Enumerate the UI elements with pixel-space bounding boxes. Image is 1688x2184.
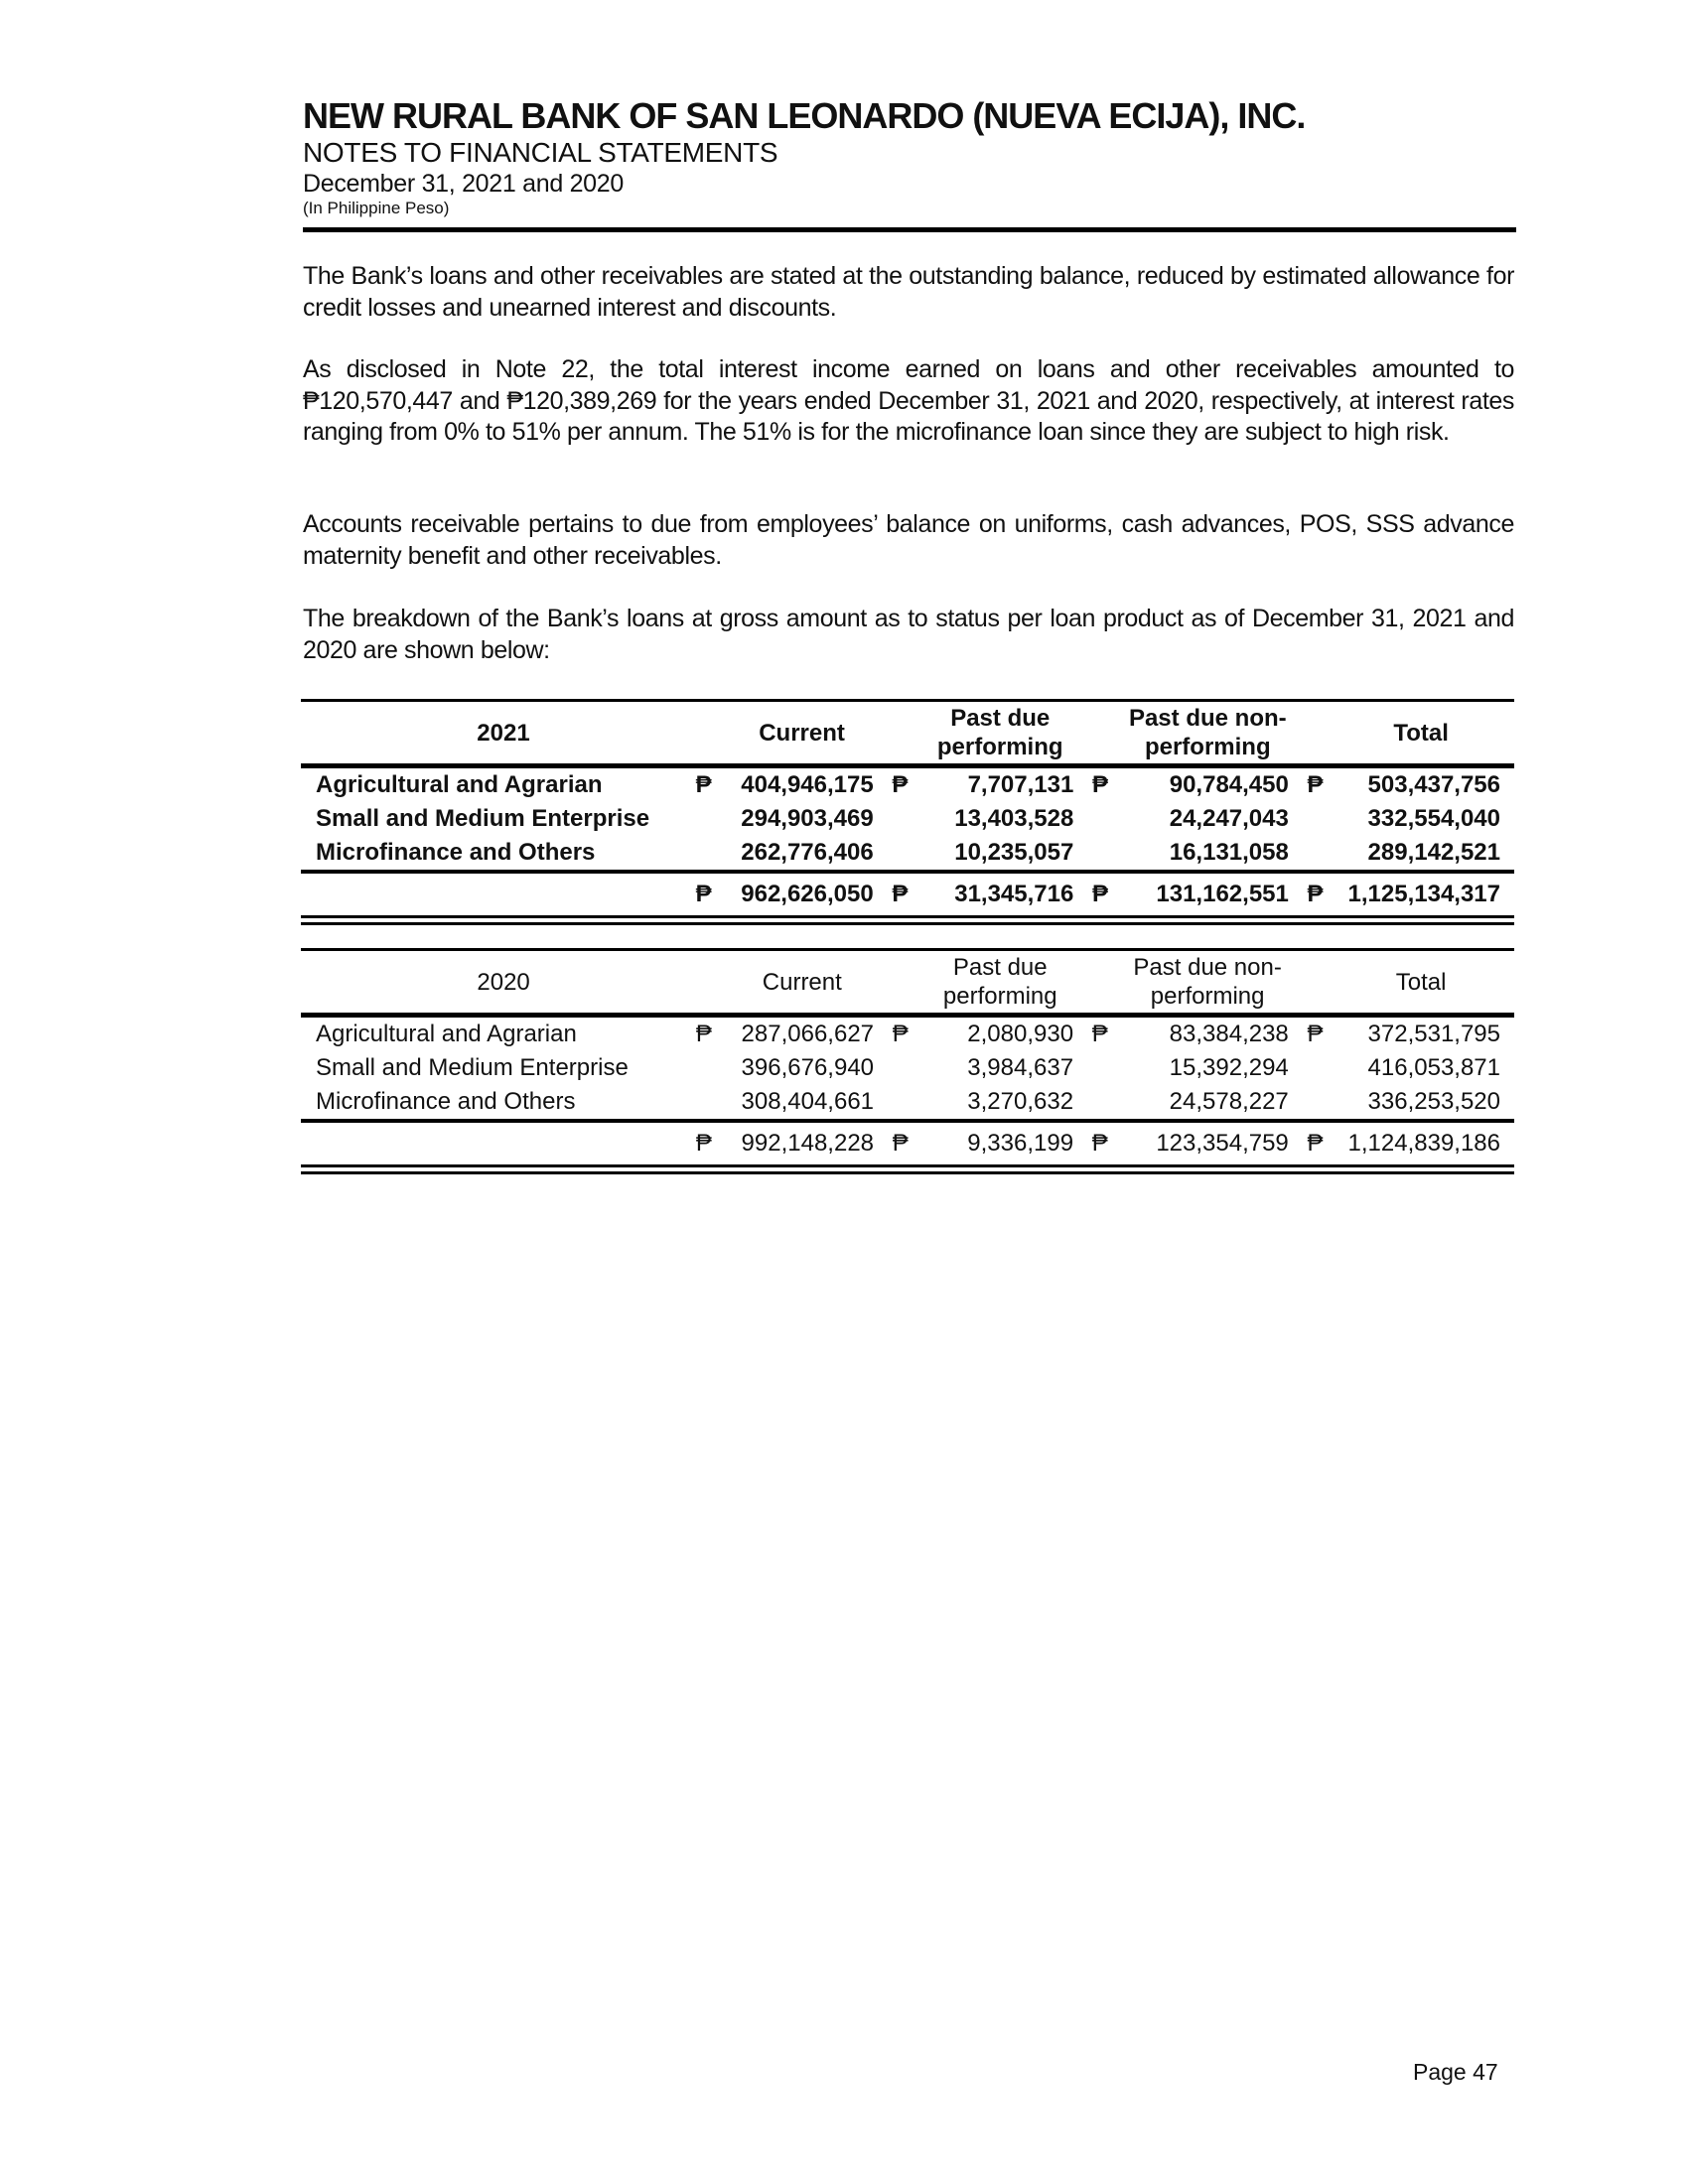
amount-cell: 503,437,756 (1328, 766, 1514, 803)
row-label: Microfinance and Others (301, 1085, 691, 1121)
loans-table-2020: 2020CurrentPast dueperformingPast due no… (301, 948, 1514, 1174)
amount-cell: 16,131,058 (1113, 836, 1303, 872)
amount-cell: 15,392,294 (1112, 1051, 1302, 1085)
header-divider (303, 227, 1516, 232)
currency-symbol: ₱ (691, 1121, 716, 1169)
currency-symbol (1303, 802, 1328, 836)
amount-cell: 24,578,227 (1112, 1085, 1302, 1121)
total-cell: 1,124,839,186 (1328, 1121, 1514, 1169)
page-number: Page 47 (1413, 2059, 1498, 2086)
row-label: Agricultural and Agrarian (301, 1016, 691, 1052)
currency-note: (In Philippine Peso) (303, 199, 1514, 218)
paragraph-accounts-receivable: Accounts receivable pertains to due from… (303, 509, 1514, 572)
paragraph-breakdown-intro: The breakdown of the Bank’s loans at gro… (303, 604, 1514, 666)
amount-cell: 294,903,469 (716, 802, 887, 836)
column-header: Total (1328, 701, 1514, 766)
table-row: Agricultural and Agrarian₱287,066,627₱2,… (301, 1016, 1514, 1052)
table-row: Microfinance and Others262,776,40610,235… (301, 836, 1514, 872)
currency-symbol: ₱ (1303, 872, 1328, 920)
amount-cell: 3,270,632 (913, 1085, 1087, 1121)
table-row: Microfinance and Others308,404,6613,270,… (301, 1085, 1514, 1121)
table-header-row: 2020CurrentPast dueperformingPast due no… (301, 950, 1514, 1016)
row-label: Small and Medium Enterprise (301, 1051, 691, 1085)
company-name: NEW RURAL BANK OF SAN LEONARDO (NUEVA EC… (303, 95, 1514, 137)
total-cell: 123,354,759 (1112, 1121, 1302, 1169)
currency-symbol (888, 1051, 913, 1085)
amount-cell: 289,142,521 (1328, 836, 1514, 872)
amount-cell: 262,776,406 (716, 836, 887, 872)
total-cell: 962,626,050 (716, 872, 887, 920)
table-row: Small and Medium Enterprise396,676,9403,… (301, 1051, 1514, 1085)
currency-symbol: ₱ (1087, 872, 1112, 920)
amount-cell: 24,247,043 (1113, 802, 1303, 836)
currency-symbol (1303, 1051, 1328, 1085)
section-title: NOTES TO FINANCIAL STATEMENTS (303, 137, 1514, 169)
period-label: December 31, 2021 and 2020 (303, 169, 1514, 199)
column-header: Past dueperforming (913, 701, 1087, 766)
table-row: Agricultural and Agrarian₱404,946,175₱7,… (301, 766, 1514, 803)
amount-cell: 7,707,131 (913, 766, 1087, 803)
currency-symbol (1087, 1051, 1112, 1085)
amount-cell: 10,235,057 (913, 836, 1087, 872)
paragraph-interest-income: As disclosed in Note 22, the total inter… (303, 354, 1514, 449)
currency-symbol (691, 836, 716, 872)
currency-symbol (1087, 1085, 1112, 1121)
column-header: Current (716, 701, 887, 766)
document-page: NEW RURAL BANK OF SAN LEONARDO (NUEVA EC… (0, 0, 1688, 2184)
amount-cell: 13,403,528 (913, 802, 1087, 836)
currency-symbol (1303, 1085, 1328, 1121)
currency-symbol (888, 1085, 913, 1121)
amount-cell: 83,384,238 (1112, 1016, 1302, 1052)
column-header: Past due non-performing (1113, 701, 1303, 766)
currency-symbol (691, 1085, 716, 1121)
currency-symbol: ₱ (888, 766, 913, 803)
amount-cell: 308,404,661 (717, 1085, 888, 1121)
loans-table-2021: 2021CurrentPast dueperformingPast due no… (301, 699, 1514, 925)
amount-cell: 2,080,930 (913, 1016, 1087, 1052)
amount-cell: 372,531,795 (1328, 1016, 1514, 1052)
table-row: Small and Medium Enterprise294,903,46913… (301, 802, 1514, 836)
total-row: ₱992,148,228₱9,336,199₱123,354,759₱1,124… (301, 1121, 1514, 1169)
currency-symbol: ₱ (1303, 766, 1328, 803)
currency-symbol: ₱ (888, 1121, 913, 1169)
amount-cell: 332,554,040 (1328, 802, 1514, 836)
table-header-row: 2021CurrentPast dueperformingPast due no… (301, 701, 1514, 766)
amount-cell: 90,784,450 (1113, 766, 1303, 803)
total-cell: 9,336,199 (913, 1121, 1087, 1169)
year-header: 2021 (301, 701, 691, 766)
currency-symbol: ₱ (1087, 1016, 1112, 1052)
currency-symbol (888, 802, 913, 836)
currency-symbol: ₱ (888, 1016, 913, 1052)
row-label: Small and Medium Enterprise (301, 802, 691, 836)
amount-cell: 404,946,175 (716, 766, 887, 803)
currency-symbol: ₱ (888, 872, 913, 920)
total-cell: 131,162,551 (1113, 872, 1303, 920)
currency-symbol (691, 1051, 716, 1085)
currency-symbol: ₱ (1303, 1121, 1328, 1169)
amount-cell: 336,253,520 (1328, 1085, 1514, 1121)
total-cell: 31,345,716 (913, 872, 1087, 920)
currency-symbol: ₱ (1087, 1121, 1112, 1169)
row-label: Agricultural and Agrarian (301, 766, 691, 803)
currency-symbol: ₱ (691, 766, 716, 803)
currency-symbol: ₱ (691, 872, 716, 920)
amount-cell: 416,053,871 (1328, 1051, 1514, 1085)
currency-symbol: ₱ (1303, 1016, 1328, 1052)
column-header: Current (717, 950, 888, 1016)
currency-symbol: ₱ (1087, 766, 1112, 803)
amount-cell: 396,676,940 (717, 1051, 888, 1085)
column-header: Past due non-performing (1112, 950, 1302, 1016)
currency-symbol (1087, 836, 1112, 872)
currency-symbol (888, 836, 913, 872)
currency-symbol (1303, 836, 1328, 872)
paragraph-loans-measurement: The Bank’s loans and other receivables a… (303, 261, 1514, 324)
total-cell: 1,125,134,317 (1328, 872, 1514, 920)
column-header: Total (1328, 950, 1514, 1016)
currency-symbol (691, 802, 716, 836)
amount-cell: 287,066,627 (717, 1016, 888, 1052)
total-cell: 992,148,228 (717, 1121, 888, 1169)
row-label: Microfinance and Others (301, 836, 691, 872)
year-header: 2020 (301, 950, 691, 1016)
document-header: NEW RURAL BANK OF SAN LEONARDO (NUEVA EC… (303, 95, 1514, 218)
currency-symbol (1087, 802, 1112, 836)
currency-symbol: ₱ (691, 1016, 716, 1052)
amount-cell: 3,984,637 (913, 1051, 1087, 1085)
total-row: ₱962,626,050₱31,345,716₱131,162,551₱1,12… (301, 872, 1514, 920)
column-header: Past dueperforming (913, 950, 1087, 1016)
